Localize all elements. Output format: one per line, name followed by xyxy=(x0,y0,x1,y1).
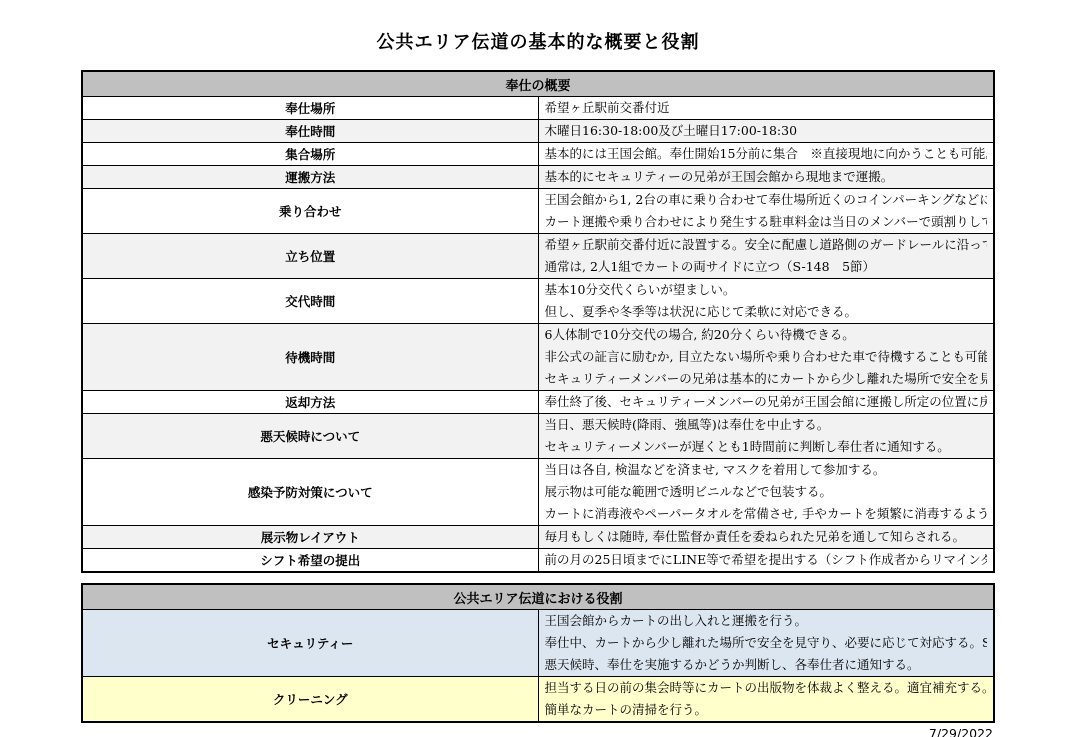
overview-table-header-row: 奉仕の概要 xyxy=(82,71,994,97)
table-row-waiting-time: 待機時間 6人体制で10分交代の場合, 約20分くらい待機できる。 非公式の証言… xyxy=(82,324,994,391)
row-content: 希望ヶ丘駅前交番付近 xyxy=(538,97,994,120)
row-content: 奉仕終了後、セキュリティーメンバーの兄弟が王国会館に運搬し所定の位置に戻す。 xyxy=(538,391,994,414)
row-label: 展示物レイアウト xyxy=(82,526,538,549)
table-row-carpool: 乗り合わせ 王国会館から1, 2台の車に乗り合わせて奉仕場所近くのコインパーキン… xyxy=(82,189,994,234)
content-line: 王国会館から1, 2台の車に乗り合わせて奉仕場所近くのコインパーキングなどに駐車… xyxy=(545,189,988,211)
content-line: 簡単なカートの清掃を行う。 xyxy=(545,699,988,721)
table-row-standing-position: 立ち位置 希望ヶ丘駅前交番付近に設置する。安全に配慮し道路側のガードレールに沿っ… xyxy=(82,234,994,279)
table-row-meeting-place: 集合場所 基本的には王国会館。奉仕開始15分前に集合 ※直接現地に向かうことも可… xyxy=(82,143,994,166)
content-line: 基本10分交代くらいが望ましい。 xyxy=(545,279,988,301)
content-line: 木曜日16:30-18:00及び土曜日17:00-18:30 xyxy=(545,120,988,142)
row-content: 当日は各自, 検温などを済ませ, マスクを着用して参加する。 展示物は可能な範囲… xyxy=(538,459,994,526)
row-label: 悪天候時について xyxy=(82,414,538,459)
table-row-service-time: 奉仕時間 木曜日16:30-18:00及び土曜日17:00-18:30 xyxy=(82,120,994,143)
table-row-service-place: 奉仕場所 希望ヶ丘駅前交番付近 xyxy=(82,97,994,120)
content-line: 但し、夏季や冬季等は状況に応じて柔軟に対応できる。 xyxy=(545,301,988,323)
overview-table: 奉仕の概要 奉仕場所 希望ヶ丘駅前交番付近 奉仕時間 木曜日16:30-18:0… xyxy=(81,70,995,573)
table-row-return-method: 返却方法 奉仕終了後、セキュリティーメンバーの兄弟が王国会館に運搬し所定の位置に… xyxy=(82,391,994,414)
content-line: 展示物は可能な範囲で透明ビニルなどで包装する。 xyxy=(545,481,988,503)
overview-table-header: 奉仕の概要 xyxy=(82,71,994,97)
row-label: 立ち位置 xyxy=(82,234,538,279)
content-line: 王国会館からカートの出し入れと運搬を行う。 xyxy=(545,610,988,632)
content-line: 当日、悪天候時(降雨、強風等)は奉仕を中止する。 xyxy=(545,414,988,436)
row-content: 基本的には王国会館。奉仕開始15分前に集合 ※直接現地に向かうことも可能。 xyxy=(538,143,994,166)
content-line: 基本的には王国会館。奉仕開始15分前に集合 ※直接現地に向かうことも可能。 xyxy=(545,143,988,165)
row-label: セキュリティー xyxy=(82,610,538,677)
row-label: シフト希望の提出 xyxy=(82,549,538,573)
content-line: セキュリティーメンバーの兄弟は基本的にカートから少し離れた場所で安全を見守る（強… xyxy=(545,368,988,390)
table-row-infection-prevention: 感染予防対策について 当日は各自, 検温などを済ませ, マスクを着用して参加する… xyxy=(82,459,994,526)
content-line: 担当する日の前の集会時等にカートの出版物を体裁よく整える。適宜補充する。(S-1… xyxy=(545,677,988,699)
row-label: 奉仕場所 xyxy=(82,97,538,120)
page-title: 公共エリア伝道の基本的な概要と役割 xyxy=(81,28,995,54)
row-content: 当日、悪天候時(降雨、強風等)は奉仕を中止する。 セキュリティーメンバーが遅くと… xyxy=(538,414,994,459)
row-label: 集合場所 xyxy=(82,143,538,166)
table-row-cleaning: クリーニング 担当する日の前の集会時等にカートの出版物を体裁よく整える。適宜補充… xyxy=(82,677,994,723)
row-content: 木曜日16:30-18:00及び土曜日17:00-18:30 xyxy=(538,120,994,143)
row-content: 前の月の25日頃までにLINE等で希望を提出する（シフト作成者からリマインダー） xyxy=(538,549,994,573)
content-line: セキュリティーメンバーが遅くとも1時間前に判断し奉仕者に通知する。 xyxy=(545,436,988,458)
row-content: 王国会館から1, 2台の車に乗り合わせて奉仕場所近くのコインパーキングなどに駐車… xyxy=(538,189,994,234)
table-row-bad-weather: 悪天候時について 当日、悪天候時(降雨、強風等)は奉仕を中止する。 セキュリティ… xyxy=(82,414,994,459)
content-line: 通常は, 2人1組でカートの両サイドに立つ（S-148 5節） xyxy=(545,256,988,278)
row-label: 感染予防対策について xyxy=(82,459,538,526)
roles-table: 公共エリア伝道における役割 セキュリティー 王国会館からカートの出し入れと運搬を… xyxy=(81,583,995,723)
row-label: 奉仕時間 xyxy=(82,120,538,143)
content-line: カートに消毒液やペーパータオルを常備させ, 手やカートを頻繁に消毒するよう心掛け… xyxy=(545,503,988,525)
content-line: 6人体制で10分交代の場合, 約20分くらい待機できる。 xyxy=(545,324,988,346)
content-line: 非公式の証言に励むか, 目立たない場所や乗り合わせた車で待機することも可能。 xyxy=(545,346,988,368)
content-line: 基本的にセキュリティーの兄弟が王国会館から現地まで運搬。 xyxy=(545,166,988,188)
content-line: 毎月もしくは随時, 奉仕監督か責任を委ねられた兄弟を通して知らされる。 xyxy=(545,526,988,548)
row-content: 基本的にセキュリティーの兄弟が王国会館から現地まで運搬。 xyxy=(538,166,994,189)
row-content: 6人体制で10分交代の場合, 約20分くらい待機できる。 非公式の証言に励むか,… xyxy=(538,324,994,391)
table-row-display-layout: 展示物レイアウト 毎月もしくは随時, 奉仕監督か責任を委ねられた兄弟を通して知ら… xyxy=(82,526,994,549)
row-content: 希望ヶ丘駅前交番付近に設置する。安全に配慮し道路側のガードレールに沿ってカートを… xyxy=(538,234,994,279)
content-line: 当日は各自, 検温などを済ませ, マスクを着用して参加する。 xyxy=(545,459,988,481)
roles-table-header-row: 公共エリア伝道における役割 xyxy=(82,584,994,610)
content-line: 悪天候時、奉仕を実施するかどうか判断し、各奉仕者に通知する。 xyxy=(545,654,988,676)
roles-table-header: 公共エリア伝道における役割 xyxy=(82,584,994,610)
table-row-security: セキュリティー 王国会館からカートの出し入れと運搬を行う。 奉仕中、カートから少… xyxy=(82,610,994,677)
row-content: 毎月もしくは随時, 奉仕監督か責任を委ねられた兄弟を通して知らされる。 xyxy=(538,526,994,549)
row-label: クリーニング xyxy=(82,677,538,723)
row-content: 基本10分交代くらいが望ましい。 但し、夏季や冬季等は状況に応じて柔軟に対応でき… xyxy=(538,279,994,324)
table-row-transport-method: 運搬方法 基本的にセキュリティーの兄弟が王国会館から現地まで運搬。 xyxy=(82,166,994,189)
content-line: 奉仕終了後、セキュリティーメンバーの兄弟が王国会館に運搬し所定の位置に戻す。 xyxy=(545,391,988,413)
document-date: 7/29/2022 xyxy=(81,726,995,737)
content-line: 前の月の25日頃までにLINE等で希望を提出する（シフト作成者からリマインダー） xyxy=(545,549,988,571)
row-label: 待機時間 xyxy=(82,324,538,391)
table-row-rotation-time: 交代時間 基本10分交代くらいが望ましい。 但し、夏季や冬季等は状況に応じて柔軟… xyxy=(82,279,994,324)
content-line: カート運搬や乗り合わせにより発生する駐車料金は当日のメンバーで頭割りして支払うこ… xyxy=(545,211,988,233)
row-label: 返却方法 xyxy=(82,391,538,414)
row-content: 王国会館からカートの出し入れと運搬を行う。 奉仕中、カートから少し離れた場所で安… xyxy=(538,610,994,677)
document-page: 公共エリア伝道の基本的な概要と役割 奉仕の概要 奉仕場所 希望ヶ丘駅前交番付近 … xyxy=(0,0,1076,737)
content-line: 奉仕中、カートから少し離れた場所で安全を見守り、必要に応じて対応する。S-148… xyxy=(545,632,988,654)
row-content: 担当する日の前の集会時等にカートの出版物を体裁よく整える。適宜補充する。(S-1… xyxy=(538,677,994,723)
content-line: 希望ヶ丘駅前交番付近 xyxy=(545,97,988,119)
row-label: 乗り合わせ xyxy=(82,189,538,234)
content-line: 希望ヶ丘駅前交番付近に設置する。安全に配慮し道路側のガードレールに沿ってカートを… xyxy=(545,234,988,256)
table-row-shift-request: シフト希望の提出 前の月の25日頃までにLINE等で希望を提出する（シフト作成者… xyxy=(82,549,994,573)
row-label: 交代時間 xyxy=(82,279,538,324)
row-label: 運搬方法 xyxy=(82,166,538,189)
